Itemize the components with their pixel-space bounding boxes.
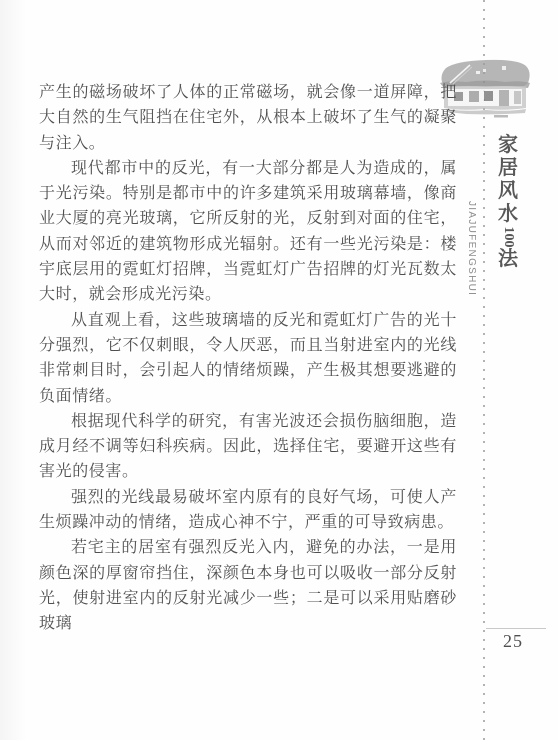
page-number: 25 xyxy=(492,631,534,652)
body-text-block: 产生的磁场破坏了人体的正常磁场，就会像一道屏障，把大自然的生气阻挡在住宅外，从根… xyxy=(39,80,457,637)
body-paragraph: 强烈的光线最易破坏室内原有的良好气场，可使人产生烦躁冲动的情绪，造成心神不宁，严… xyxy=(39,485,457,536)
title-char: 居 xyxy=(498,157,518,180)
body-paragraph: 从直观上看，这些玻璃墙的反光和霓虹灯广告的光十分强烈，它不仅刺眼，令人厌恶，而且… xyxy=(39,308,457,409)
body-paragraph: 现代都市中的反光，有一大部分都是人为造成的，属于光污染。特别是都市中的许多建筑采… xyxy=(39,156,457,308)
title-number: 100 xyxy=(497,221,519,253)
title-char: 风 xyxy=(498,180,518,203)
book-title-vertical: 家 居 风 水 100 法 xyxy=(492,134,524,271)
book-page: 家 居 风 水 100 法 JIAJUFENGSHUI 产生的磁场破坏了人体的正… xyxy=(0,0,558,740)
book-title-romanized: JIAJUFENGSHUI xyxy=(466,201,477,296)
page-number-divider xyxy=(486,628,546,629)
body-paragraph: 若宅主的居室有强烈反光入内，避免的办法，一是用颜色深的厚窗帘挡住，深颜色本身也可… xyxy=(39,535,457,636)
body-paragraph: 根据现代科学的研究，有害光波还会损伤脑细胞，造成月经不调等妇科疾病。因此，选择住… xyxy=(39,409,457,485)
body-paragraph: 产生的磁场破坏了人体的正常磁场，就会像一道屏障，把大自然的生气阻挡在住宅外，从根… xyxy=(39,80,457,156)
title-char: 家 xyxy=(498,134,518,157)
